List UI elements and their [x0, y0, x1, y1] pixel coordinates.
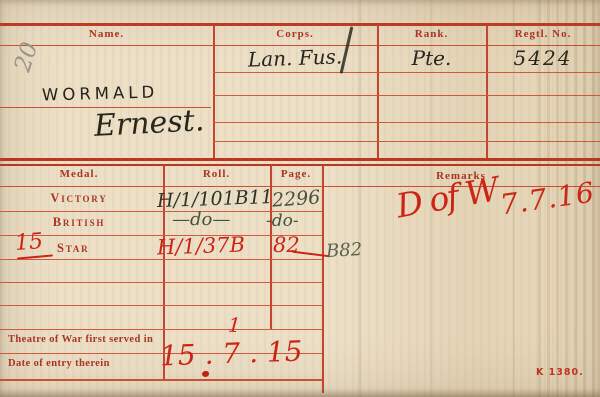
bottom-rule	[0, 379, 322, 381]
row-rule	[213, 95, 600, 96]
date-of-entry-label: Date of entry therein	[8, 358, 110, 369]
victory-medal-label: Victory	[0, 191, 158, 206]
page-column-header: Page.	[270, 168, 322, 180]
star-page-value: 82	[273, 233, 300, 257]
top-rule	[0, 23, 600, 26]
row-rule	[213, 141, 600, 142]
british-roll-ditto: —do—	[172, 209, 230, 230]
rank-value-handwritten: Pte.	[377, 46, 486, 70]
row-rule	[0, 329, 322, 330]
divider-page-remarks	[322, 165, 324, 393]
medal-column-header: Medal.	[0, 168, 158, 180]
row-rule	[0, 305, 322, 306]
page-margin-note: B82	[325, 239, 362, 262]
corps-column-header: Corps.	[213, 28, 377, 40]
victory-page-value: 2296	[271, 186, 321, 211]
star-medal-label: Star	[57, 241, 90, 256]
section-rule-upper	[0, 158, 600, 161]
theatre-of-war-value: 1	[227, 313, 241, 338]
theatre-of-war-label: Theatre of War first served in	[8, 334, 153, 345]
row-rule	[213, 122, 600, 123]
star-prefix-handwritten: 15	[14, 229, 44, 256]
surname-handwritten: WORMALD	[42, 82, 159, 104]
regtl-no-value-handwritten: 5424	[486, 46, 600, 70]
form-reference: K 1380.	[536, 367, 584, 378]
star-roll-value: H/1/37B	[157, 232, 246, 259]
british-page-ditto: -do-	[266, 211, 299, 231]
name-column-header: Name.	[0, 28, 213, 40]
forename-handwritten: Ernest.	[93, 103, 205, 144]
row-rule	[0, 282, 322, 283]
red-ink-blot	[202, 371, 209, 377]
rank-column-header: Rank.	[377, 28, 486, 40]
medal-index-card: Name. Corps. Rank. Regtl. No. Medal. Rol…	[0, 0, 600, 397]
british-medal-label: British	[0, 215, 158, 230]
section-rule-lower	[0, 164, 600, 166]
row-rule	[213, 72, 600, 73]
regtl-no-column-header: Regtl. No.	[486, 28, 600, 40]
date-of-entry-value: 15 . 7 . 15	[159, 335, 303, 373]
roll-column-header: Roll.	[163, 168, 270, 180]
